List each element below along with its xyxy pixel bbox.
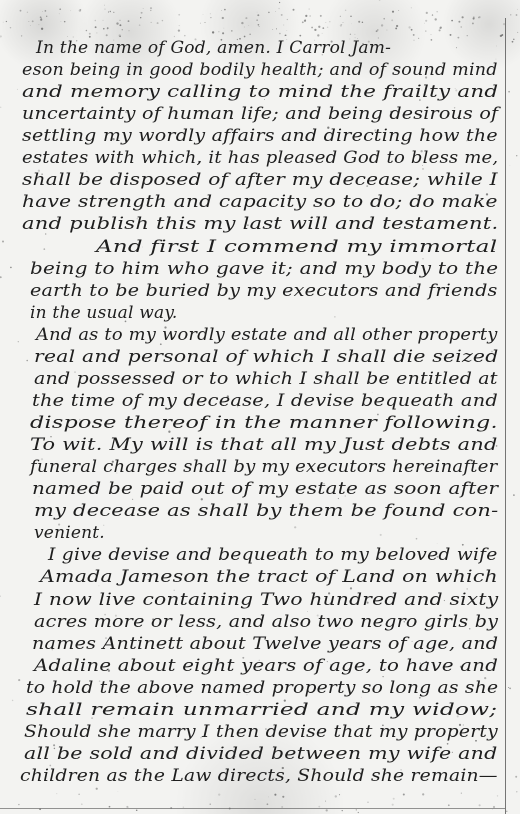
text-line-33: all be sold and divided between my wife … <box>24 744 497 764</box>
text-line-19: To wit. My will is that all my Just debt… <box>30 435 498 455</box>
text-line-25: Amada Jameson the tract of Land on which <box>40 567 498 587</box>
text-line-16: and possessed or to which I shall be ent… <box>34 369 498 389</box>
text-line-31: shall remain unmarried and my widow; <box>26 700 497 720</box>
text-line-10: And first I commend my immortal <box>96 237 497 257</box>
text-line-20: funeral charges shall by my executors he… <box>30 457 497 477</box>
text-line-34: children as the Law directs, Should she … <box>20 766 498 786</box>
text-line-6: estates with which, it has pleased God t… <box>22 148 498 168</box>
text-line-26: I now live containing Two hundred and si… <box>34 590 498 610</box>
text-line-9: and publish this my last will and testam… <box>22 214 498 234</box>
text-line-14: And as to my wordly estate and all other… <box>36 325 498 345</box>
text-line-18: dispose thereof in the manner following. <box>30 413 498 433</box>
text-line-24: I give devise and bequeath to my beloved… <box>48 545 498 565</box>
text-line-4: uncertainty of human life; and being des… <box>22 104 498 124</box>
text-line-15: real and personal of which I shall die s… <box>34 347 498 367</box>
will-text: In the name of God, amen. I Carrol Jam- … <box>0 0 505 814</box>
text-line-7: shall be disposed of after my decease; w… <box>22 170 498 190</box>
text-line-8: have strength and capacity so to do; do … <box>22 192 498 212</box>
text-line-2: eson being in good bodily health; and of… <box>22 60 498 80</box>
text-line-5: settling my wordly affairs and directing… <box>22 126 498 146</box>
text-line-29: Adaline about eight years of age, to hav… <box>34 656 498 676</box>
text-line-23: venient. <box>34 523 105 543</box>
text-line-27: acres more or less, and also two negro g… <box>34 612 498 632</box>
text-line-28: names Antinett about Twelve years of age… <box>32 634 498 654</box>
text-line-17: the time of my decease, I devise bequeat… <box>32 391 498 411</box>
text-line-21: named be paid out of my estate as soon a… <box>32 479 498 499</box>
text-line-13: in the usual way. <box>30 303 177 323</box>
page-edge-rule <box>505 18 506 814</box>
scanned-page: In the name of God, amen. I Carrol Jam- … <box>0 0 520 814</box>
text-line-30: to hold the above named property so long… <box>26 678 498 698</box>
text-line-11: being to him who gave it; and my body to… <box>30 259 498 279</box>
text-line-1: In the name of God, amen. I Carrol Jam- <box>36 38 498 58</box>
text-line-12: earth to be buried by my executors and f… <box>30 281 498 301</box>
text-line-22: my decease as shall by them be found con… <box>34 501 498 521</box>
text-line-3: and memory calling to mind the frailty a… <box>22 82 498 102</box>
text-line-32: Should she marry I then devise that my p… <box>24 722 498 742</box>
